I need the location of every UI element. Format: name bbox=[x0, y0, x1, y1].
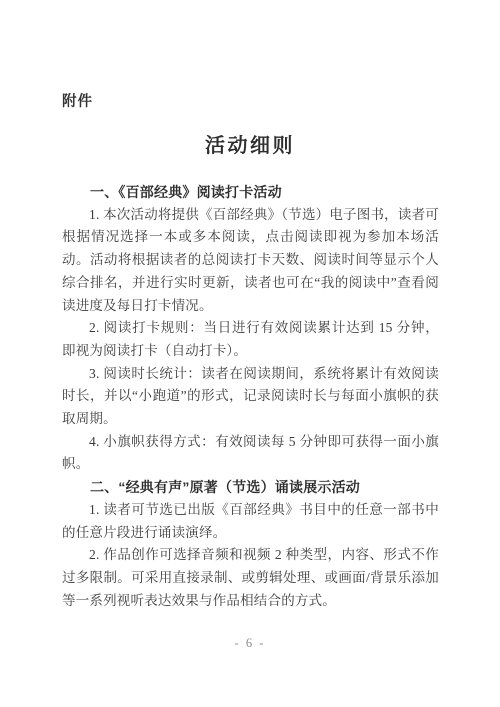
attachment-label: 附件 bbox=[62, 90, 93, 111]
section-1-paragraph-1: 1. 本次活动将提供《百部经典》（节选）电子图书，读者可根据情况选择一本或多本阅… bbox=[62, 204, 439, 318]
page-number: - 6 - bbox=[0, 636, 500, 651]
section-2-heading: 二、“经典有声”原著（节选）诵读展示活动 bbox=[62, 476, 439, 499]
section-1-paragraph-4: 4. 小旗帜获得方式：有效阅读每 5 分钟即可获得一面小旗帜。 bbox=[62, 431, 439, 476]
document-body: 一、《百部经典》阅读打卡活动 1. 本次活动将提供《百部经典》（节选）电子图书，… bbox=[62, 181, 439, 612]
section-2-paragraph-1: 1. 读者可节选已出版《百部经典》书目中的任意一部书中的任意片段进行诵读演绎。 bbox=[62, 499, 439, 544]
section-1-heading: 一、《百部经典》阅读打卡活动 bbox=[62, 181, 439, 204]
page-title: 活动细则 bbox=[0, 129, 500, 158]
section-1-paragraph-2: 2. 阅读打卡规则：当日进行有效阅读累计达到 15 分钟，即视为阅读打卡（自动打… bbox=[62, 317, 439, 362]
section-1-paragraph-3: 3. 阅读时长统计：读者在阅读期间，系统将累计有效阅读时长，并以“小跑道”的形式… bbox=[62, 363, 439, 431]
section-2-paragraph-2: 2. 作品创作可选择音频和视频 2 种类型，内容、形式不作过多限制。可采用直接录… bbox=[62, 544, 439, 612]
document-page: 附件 活动细则 一、《百部经典》阅读打卡活动 1. 本次活动将提供《百部经典》（… bbox=[0, 0, 500, 707]
